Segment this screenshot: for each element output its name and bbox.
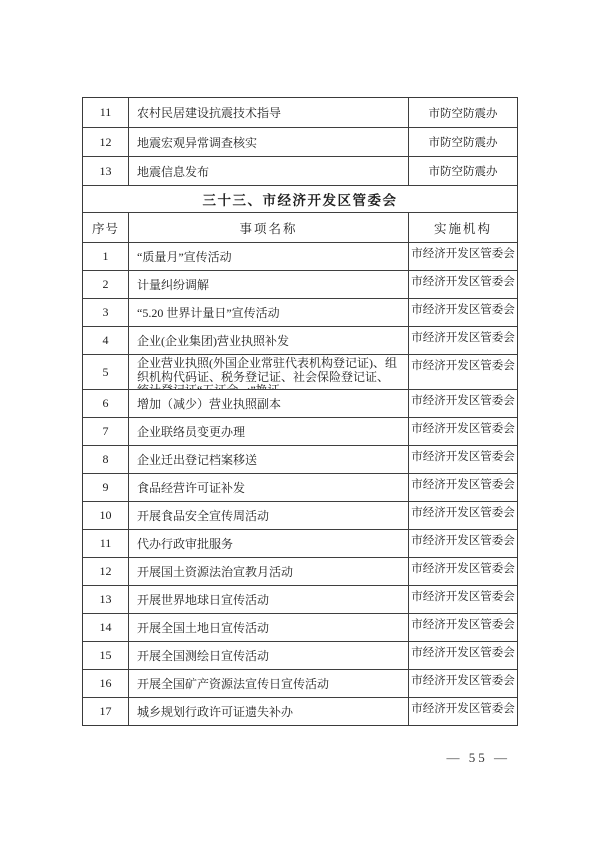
table-row: 12开展国土资源法治宣教月活动市经济开发区管委会 <box>83 557 517 585</box>
table-row: 15开展全国测绘日宣传活动市经济开发区管委会 <box>83 641 517 669</box>
table-row: 3“5.20 世界计量日”宣传活动市经济开发区管委会 <box>83 298 517 326</box>
table-row: 6增加（减少）营业执照副本市经济开发区管委会 <box>83 389 517 417</box>
implementing-org: 市经济开发区管委会 <box>409 558 517 585</box>
implementing-org: 市经济开发区管委会 <box>409 299 517 326</box>
table-row: 12地震宏观异常调查核实市防空防震办 <box>83 127 517 156</box>
row-number: 11 <box>83 98 129 127</box>
table-row: 13地震信息发布市防空防震办 <box>83 156 517 185</box>
row-number: 6 <box>83 390 129 417</box>
item-name: 城乡规划行政许可证遗失补办 <box>129 698 409 725</box>
item-name: “质量月”宣传活动 <box>129 243 409 270</box>
table-row: 10开展食品安全宣传周活动市经济开发区管委会 <box>83 501 517 529</box>
item-name: 食品经营许可证补发 <box>129 474 409 501</box>
document-page: 11农村民居建设抗震技术指导市防空防震办12地震宏观异常调查核实市防空防震办13… <box>0 0 600 848</box>
implementing-org: 市经济开发区管委会 <box>409 698 517 725</box>
item-name: 企业(企业集团)营业执照补发 <box>129 327 409 354</box>
implementing-org: 市经济开发区管委会 <box>409 586 517 613</box>
item-name: 开展食品安全宣传周活动 <box>129 502 409 529</box>
table-row: 9食品经营许可证补发市经济开发区管委会 <box>83 473 517 501</box>
table-row: 14开展全国土地日宣传活动市经济开发区管委会 <box>83 613 517 641</box>
table-row: 4企业(企业集团)营业执照补发市经济开发区管委会 <box>83 326 517 354</box>
implementing-org: 市经济开发区管委会 <box>409 474 517 501</box>
item-name: 代办行政审批服务 <box>129 530 409 557</box>
implementing-org: 市经济开发区管委会 <box>409 614 517 641</box>
item-name: 企业营业执照(外国企业常驻代表机构登记证)、组织机构代码证、税务登记证、社会保险… <box>129 355 409 389</box>
item-name: 地震宏观异常调查核实 <box>129 128 409 156</box>
item-name: 开展世界地球日宣传活动 <box>129 586 409 613</box>
main-section-rows: 1“质量月”宣传活动市经济开发区管委会2计量纠纷调解市经济开发区管委会3“5.2… <box>83 242 517 725</box>
implementing-org: 市经济开发区管委会 <box>409 530 517 557</box>
table-row: 11代办行政审批服务市经济开发区管委会 <box>83 529 517 557</box>
table-row: 7企业联络员变更办理市经济开发区管委会 <box>83 417 517 445</box>
row-number: 7 <box>83 418 129 445</box>
row-number: 3 <box>83 299 129 326</box>
implementing-org: 市经济开发区管委会 <box>409 642 517 669</box>
row-number: 14 <box>83 614 129 641</box>
item-name: 开展全国矿产资源法宣传日宣传活动 <box>129 670 409 697</box>
col-header-org: 实施机构 <box>409 213 517 242</box>
implementing-org: 市经济开发区管委会 <box>409 271 517 298</box>
implementing-org: 市经济开发区管委会 <box>409 670 517 697</box>
table-row: 17城乡规划行政许可证遗失补办市经济开发区管委会 <box>83 697 517 725</box>
table-header-row: 序号 事项名称 实施机构 <box>83 212 517 242</box>
row-number: 8 <box>83 446 129 473</box>
implementing-org: 市经济开发区管委会 <box>409 327 517 354</box>
implementing-org: 市防空防震办 <box>409 128 517 156</box>
row-number: 13 <box>83 157 129 185</box>
row-number: 13 <box>83 586 129 613</box>
item-name: 农村民居建设抗震技术指导 <box>129 98 409 127</box>
table-row: 11农村民居建设抗震技术指导市防空防震办 <box>83 98 517 127</box>
implementing-org: 市经济开发区管委会 <box>409 502 517 529</box>
table-row: 2计量纠纷调解市经济开发区管委会 <box>83 270 517 298</box>
table-row: 16开展全国矿产资源法宣传日宣传活动市经济开发区管委会 <box>83 669 517 697</box>
item-name: 开展国土资源法治宣教月活动 <box>129 558 409 585</box>
col-header-name: 事项名称 <box>129 213 409 242</box>
row-number: 12 <box>83 558 129 585</box>
row-number: 16 <box>83 670 129 697</box>
section-title: 三十三、市经济开发区管委会 <box>83 186 517 212</box>
table-row: 1“质量月”宣传活动市经济开发区管委会 <box>83 242 517 270</box>
col-header-no: 序号 <box>83 213 129 242</box>
row-number: 5 <box>83 355 129 389</box>
item-name: 地震信息发布 <box>129 157 409 185</box>
prev-section-rows: 11农村民居建设抗震技术指导市防空防震办12地震宏观异常调查核实市防空防震办13… <box>83 98 517 185</box>
row-number: 1 <box>83 243 129 270</box>
table-row: 13开展世界地球日宣传活动市经济开发区管委会 <box>83 585 517 613</box>
item-name: 企业联络员变更办理 <box>129 418 409 445</box>
table-row: 5企业营业执照(外国企业常驻代表机构登记证)、组织机构代码证、税务登记证、社会保… <box>83 354 517 389</box>
row-number: 2 <box>83 271 129 298</box>
implementing-org: 市防空防震办 <box>409 157 517 185</box>
row-number: 11 <box>83 530 129 557</box>
row-number: 15 <box>83 642 129 669</box>
row-number: 17 <box>83 698 129 725</box>
implementing-org: 市防空防震办 <box>409 98 517 127</box>
implementing-org: 市经济开发区管委会 <box>409 243 517 270</box>
item-name: “5.20 世界计量日”宣传活动 <box>129 299 409 326</box>
item-name: 计量纠纷调解 <box>129 271 409 298</box>
implementing-org: 市经济开发区管委会 <box>409 390 517 417</box>
row-number: 4 <box>83 327 129 354</box>
implementing-org: 市经济开发区管委会 <box>409 355 517 389</box>
item-name: 开展全国土地日宣传活动 <box>129 614 409 641</box>
table-row: 8企业迁出登记档案移送市经济开发区管委会 <box>83 445 517 473</box>
row-number: 12 <box>83 128 129 156</box>
implementing-org: 市经济开发区管委会 <box>409 446 517 473</box>
item-name: 开展全国测绘日宣传活动 <box>129 642 409 669</box>
items-table: 11农村民居建设抗震技术指导市防空防震办12地震宏观异常调查核实市防空防震办13… <box>82 97 518 726</box>
row-number: 10 <box>83 502 129 529</box>
item-name: 增加（减少）营业执照副本 <box>129 390 409 417</box>
section-title-row: 三十三、市经济开发区管委会 <box>83 185 517 212</box>
implementing-org: 市经济开发区管委会 <box>409 418 517 445</box>
page-number: — 55 — <box>447 750 511 766</box>
row-number: 9 <box>83 474 129 501</box>
item-name: 企业迁出登记档案移送 <box>129 446 409 473</box>
